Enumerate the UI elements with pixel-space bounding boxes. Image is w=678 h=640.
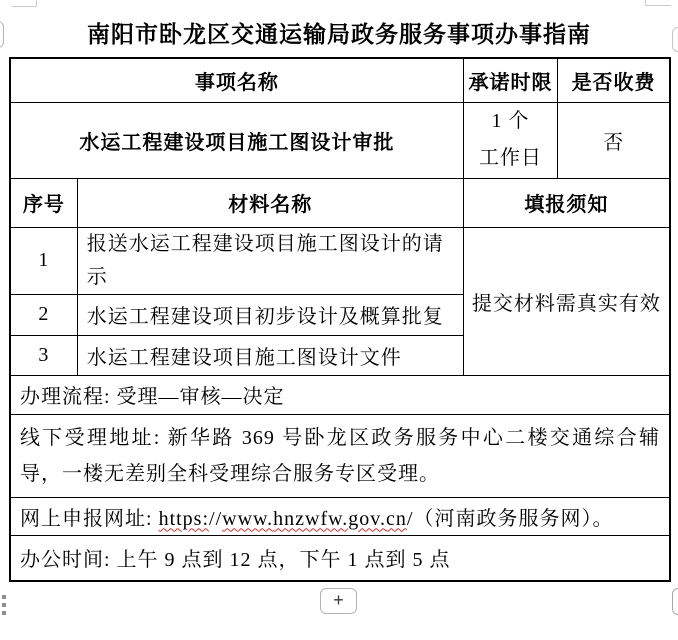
offline-address-cell: 线下受理地址: 新华路 369 号卧龙区政务服务中心二楼交通综合辅导，一楼无差别… [10, 414, 670, 497]
online-url-label: 网上申报网址: [20, 508, 159, 530]
add-row-button[interactable]: + [320, 588, 357, 614]
seq-header-cell: 序号 [10, 178, 77, 227]
drag-handle[interactable] [2, 595, 8, 619]
partial-control-top-left[interactable] [12, 0, 37, 7]
page-title: 南阳市卧龙区交通运输局政务服务事项办事指南 [0, 16, 678, 49]
material-seq-cell: 2 [10, 294, 77, 335]
fee-header-cell: 是否收费 [558, 58, 670, 102]
table-row: 网上申报网址: https://www.hnzwfw.gov.cn/（河南政务服… [10, 497, 670, 535]
office-hours-cell: 办公时间: 上午 9 点到 12 点，下午 1 点到 5 点 [10, 535, 670, 581]
item-name-header-cell: 事项名称 [10, 58, 463, 102]
material-name-cell: 报送水运工程建设项目施工图设计的请示 [77, 227, 463, 294]
partial-button-right-edge-bottom[interactable] [672, 588, 678, 615]
service-guide-table: 事项名称 承诺时限 是否收费 水运工程建设项目施工图设计审批 1 个 工作日 否… [9, 57, 671, 582]
url-segment: www. [222, 508, 273, 530]
partial-control-top-right[interactable] [645, 0, 671, 6]
material-name-cell: 水运工程建设项目施工图设计文件 [77, 335, 463, 375]
time-limit-line-2: 工作日 [464, 140, 557, 177]
notes-value-cell: 提交材料需真实有效 [463, 227, 670, 375]
material-header-cell: 材料名称 [77, 178, 463, 227]
drag-handle-dot [2, 611, 6, 615]
url-segment: cn [386, 508, 407, 530]
url-segment: https: [159, 508, 209, 530]
process-row-cell: 办理流程: 受理—审核—决定 [10, 375, 670, 414]
table-row: 事项名称 承诺时限 是否收费 [10, 58, 670, 102]
online-url-cell: 网上申报网址: https://www.hnzwfw.gov.cn/（河南政务服… [10, 497, 670, 535]
table-row: 水运工程建设项目施工图设计审批 1 个 工作日 否 [10, 102, 670, 178]
material-seq-cell: 1 [10, 227, 77, 294]
drag-handle-dot [2, 595, 6, 599]
document-page: 南阳市卧龙区交通运输局政务服务事项办事指南 事项名称 承诺时限 是否收费 水运工… [0, 0, 678, 640]
url-segment: hnzwfw.gov. [273, 508, 386, 530]
time-limit-header-cell: 承诺时限 [463, 58, 557, 102]
online-url-suffix: （河南政务服务网）。 [413, 508, 613, 530]
time-limit-value-cell: 1 个 工作日 [463, 102, 557, 178]
table-row: 序号 材料名称 填报须知 [10, 178, 670, 227]
notes-header-cell: 填报须知 [463, 178, 670, 227]
table-row: 办公时间: 上午 9 点到 12 点，下午 1 点到 5 点 [10, 535, 670, 581]
url-segment: // [209, 508, 222, 530]
material-seq-cell: 3 [10, 335, 77, 375]
table-row: 线下受理地址: 新华路 369 号卧龙区政务服务中心二楼交通综合辅导，一楼无差别… [10, 414, 670, 497]
time-limit-line-1: 1 个 [464, 103, 557, 140]
table-row: 办理流程: 受理—审核—决定 [10, 375, 670, 414]
material-name-cell: 水运工程建设项目初步设计及概算批复 [77, 294, 463, 335]
drag-handle-dot [2, 603, 6, 607]
fee-value-cell: 否 [558, 102, 670, 178]
table-row: 1 报送水运工程建设项目施工图设计的请示 提交材料需真实有效 [10, 227, 670, 294]
item-name-value-cell: 水运工程建设项目施工图设计审批 [10, 102, 463, 178]
